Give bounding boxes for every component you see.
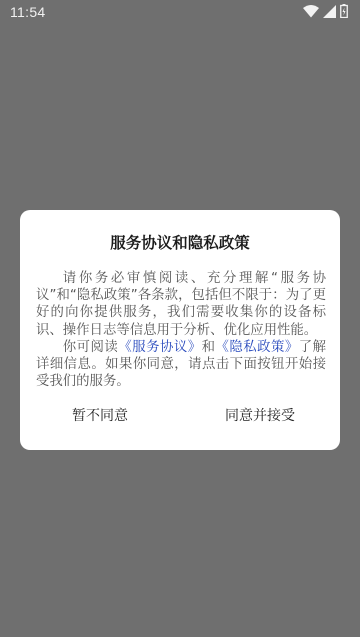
- status-bar: 11:54: [0, 0, 360, 24]
- privacy-policy-link[interactable]: 《隐私政策》: [215, 340, 298, 355]
- dialog-paragraph-1: 请你务必审慎阅读、充分理解“服务协议”和“隐私政策”各条款，包括但不限于：为了更…: [36, 270, 326, 339]
- dialog-button-row: 暂不同意 同意并接受: [20, 400, 340, 430]
- status-icons: [303, 3, 348, 22]
- dialog-body: 请你务必审慎阅读、充分理解“服务协议”和“隐私政策”各条款，包括但不限于：为了更…: [36, 270, 326, 390]
- decline-button[interactable]: 暂不同意: [20, 400, 180, 430]
- paragraph-2-prefix: 你可阅读: [63, 340, 119, 355]
- privacy-dialog: 服务协议和隐私政策 请你务必审慎阅读、充分理解“服务协议”和“隐私政策”各条款，…: [20, 210, 340, 450]
- dialog-paragraph-2: 你可阅读《服务协议》和《隐私政策》了解详细信息。如果你同意，请点击下面按钮开始接…: [36, 339, 326, 391]
- status-time: 11:54: [10, 4, 46, 20]
- service-agreement-link[interactable]: 《服务协议》: [118, 340, 201, 355]
- battery-charging-icon: [340, 3, 348, 22]
- dialog-title: 服务协议和隐私政策: [20, 231, 340, 253]
- accept-button[interactable]: 同意并接受: [180, 400, 340, 430]
- signal-icon: [323, 3, 336, 22]
- paragraph-2-middle: 和: [202, 340, 216, 355]
- wifi-icon: [303, 3, 319, 22]
